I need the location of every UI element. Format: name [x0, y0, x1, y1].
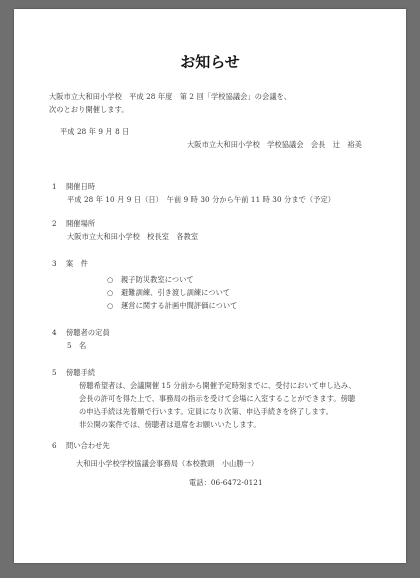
section-2-body: 大阪市立大和田小学校 校長室 各教室: [67, 232, 198, 242]
section-5-heading: 傍聴手続: [66, 368, 95, 378]
section-3-number: 3: [52, 259, 57, 268]
section-4-body: 5 名: [67, 341, 86, 351]
agenda-item: ○親子防災教室について: [107, 275, 194, 285]
section-5-line-2: 会長の許可を得た上で、事務局の指示を受けて会場に入室することができます。傍聴: [79, 394, 355, 404]
agenda-item: ○運営に関する計画中間評価について: [107, 301, 237, 311]
agenda-item: ○避難訓練、引き渡し訓練について: [107, 288, 230, 298]
section-4-heading: 傍聴者の定員: [66, 328, 110, 338]
contact-office: 大和田小学校学校協議会事務局（本校教頭 小山勝一）: [76, 459, 258, 469]
contact-phone: 電話：06-6472-0121: [189, 478, 263, 488]
circle-bullet-icon: ○: [107, 301, 121, 310]
section-4-number: 4: [52, 328, 57, 337]
section-2-number: 2: [52, 219, 57, 228]
circle-bullet-icon: ○: [107, 288, 121, 297]
section-5-line-4: 非公開の案件では、傍聴者は退席をお願いいたします。: [79, 420, 261, 430]
document-page: お知らせ 大阪市立大和田小学校 平成 28 年度 第 2 回「学校協議会」の会議…: [14, 9, 406, 563]
section-6-heading: 問い合わせ先: [66, 441, 110, 451]
section-1-number: 1: [52, 182, 57, 191]
intro-line-1: 大阪市立大和田小学校 平成 28 年度 第 2 回「学校協議会」の会議を、: [49, 92, 291, 102]
section-6-number: 6: [52, 441, 57, 450]
sender: 大阪市立大和田小学校 学校協議会 会長 辻 裕美: [187, 140, 362, 150]
page-title: お知らせ: [14, 51, 406, 72]
section-1-body: 平成 28 年 10 月 9 日（日） 午前 9 時 30 分から午前 11 時…: [67, 195, 335, 205]
section-1-heading: 開催日時: [66, 182, 95, 192]
document-date: 平成 28 年 9 月 8 日: [60, 127, 129, 137]
circle-bullet-icon: ○: [107, 275, 121, 284]
section-5-number: 5: [52, 368, 57, 377]
intro-line-2: 次のとおり開催します。: [49, 105, 129, 115]
section-2-heading: 開催場所: [66, 219, 95, 229]
section-5-line-1: 傍聴希望者は、会議開催 15 分前から開催予定時刻までに、受付において申し込み、: [79, 381, 356, 391]
section-5-line-3: の申込手続は先着順で行います。定員になり次第、申込手続きを終了します。: [79, 407, 333, 417]
section-3-heading: 案 件: [66, 259, 88, 269]
